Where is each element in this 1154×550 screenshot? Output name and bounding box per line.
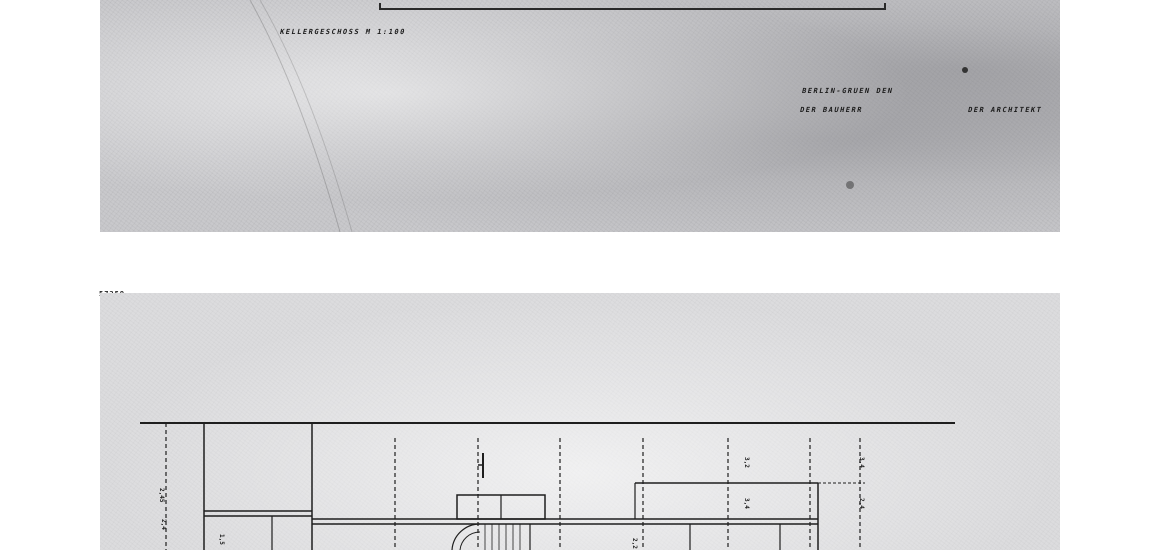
owner-label: DER BAUHERR (799, 106, 864, 114)
top-drawing-sheet: KELLERGESCHOSS M 1:100 BERLIN-GRUEN DEN … (100, 0, 1060, 232)
dimension-label: 3,4 (858, 457, 865, 468)
dimension-label: 3,2 (743, 457, 750, 468)
dimension-label: 1,5 (218, 534, 225, 545)
dimension-label: 2,45 (158, 488, 165, 503)
architect-label: DER ARCHITEKT (967, 106, 1043, 114)
top-sheet-linework (100, 0, 1060, 232)
floor-plan: 2,45 2,4 1,5 3,2 3,4 3,4 2,4 2,2 (100, 293, 1060, 550)
bottom-drawing-sheet: 2,45 2,4 1,5 3,2 3,4 3,4 2,4 2,2 (100, 293, 1060, 550)
signature-date-line: BERLIN-GRUEN DEN (801, 87, 894, 95)
dimension-label: 2,2 (631, 538, 638, 549)
dimension-label: 2,4 (160, 519, 167, 530)
dimension-label: 2,4 (858, 498, 865, 509)
scale-label: KELLERGESCHOSS M 1:100 (279, 28, 406, 36)
dimension-label: 3,4 (743, 498, 750, 509)
